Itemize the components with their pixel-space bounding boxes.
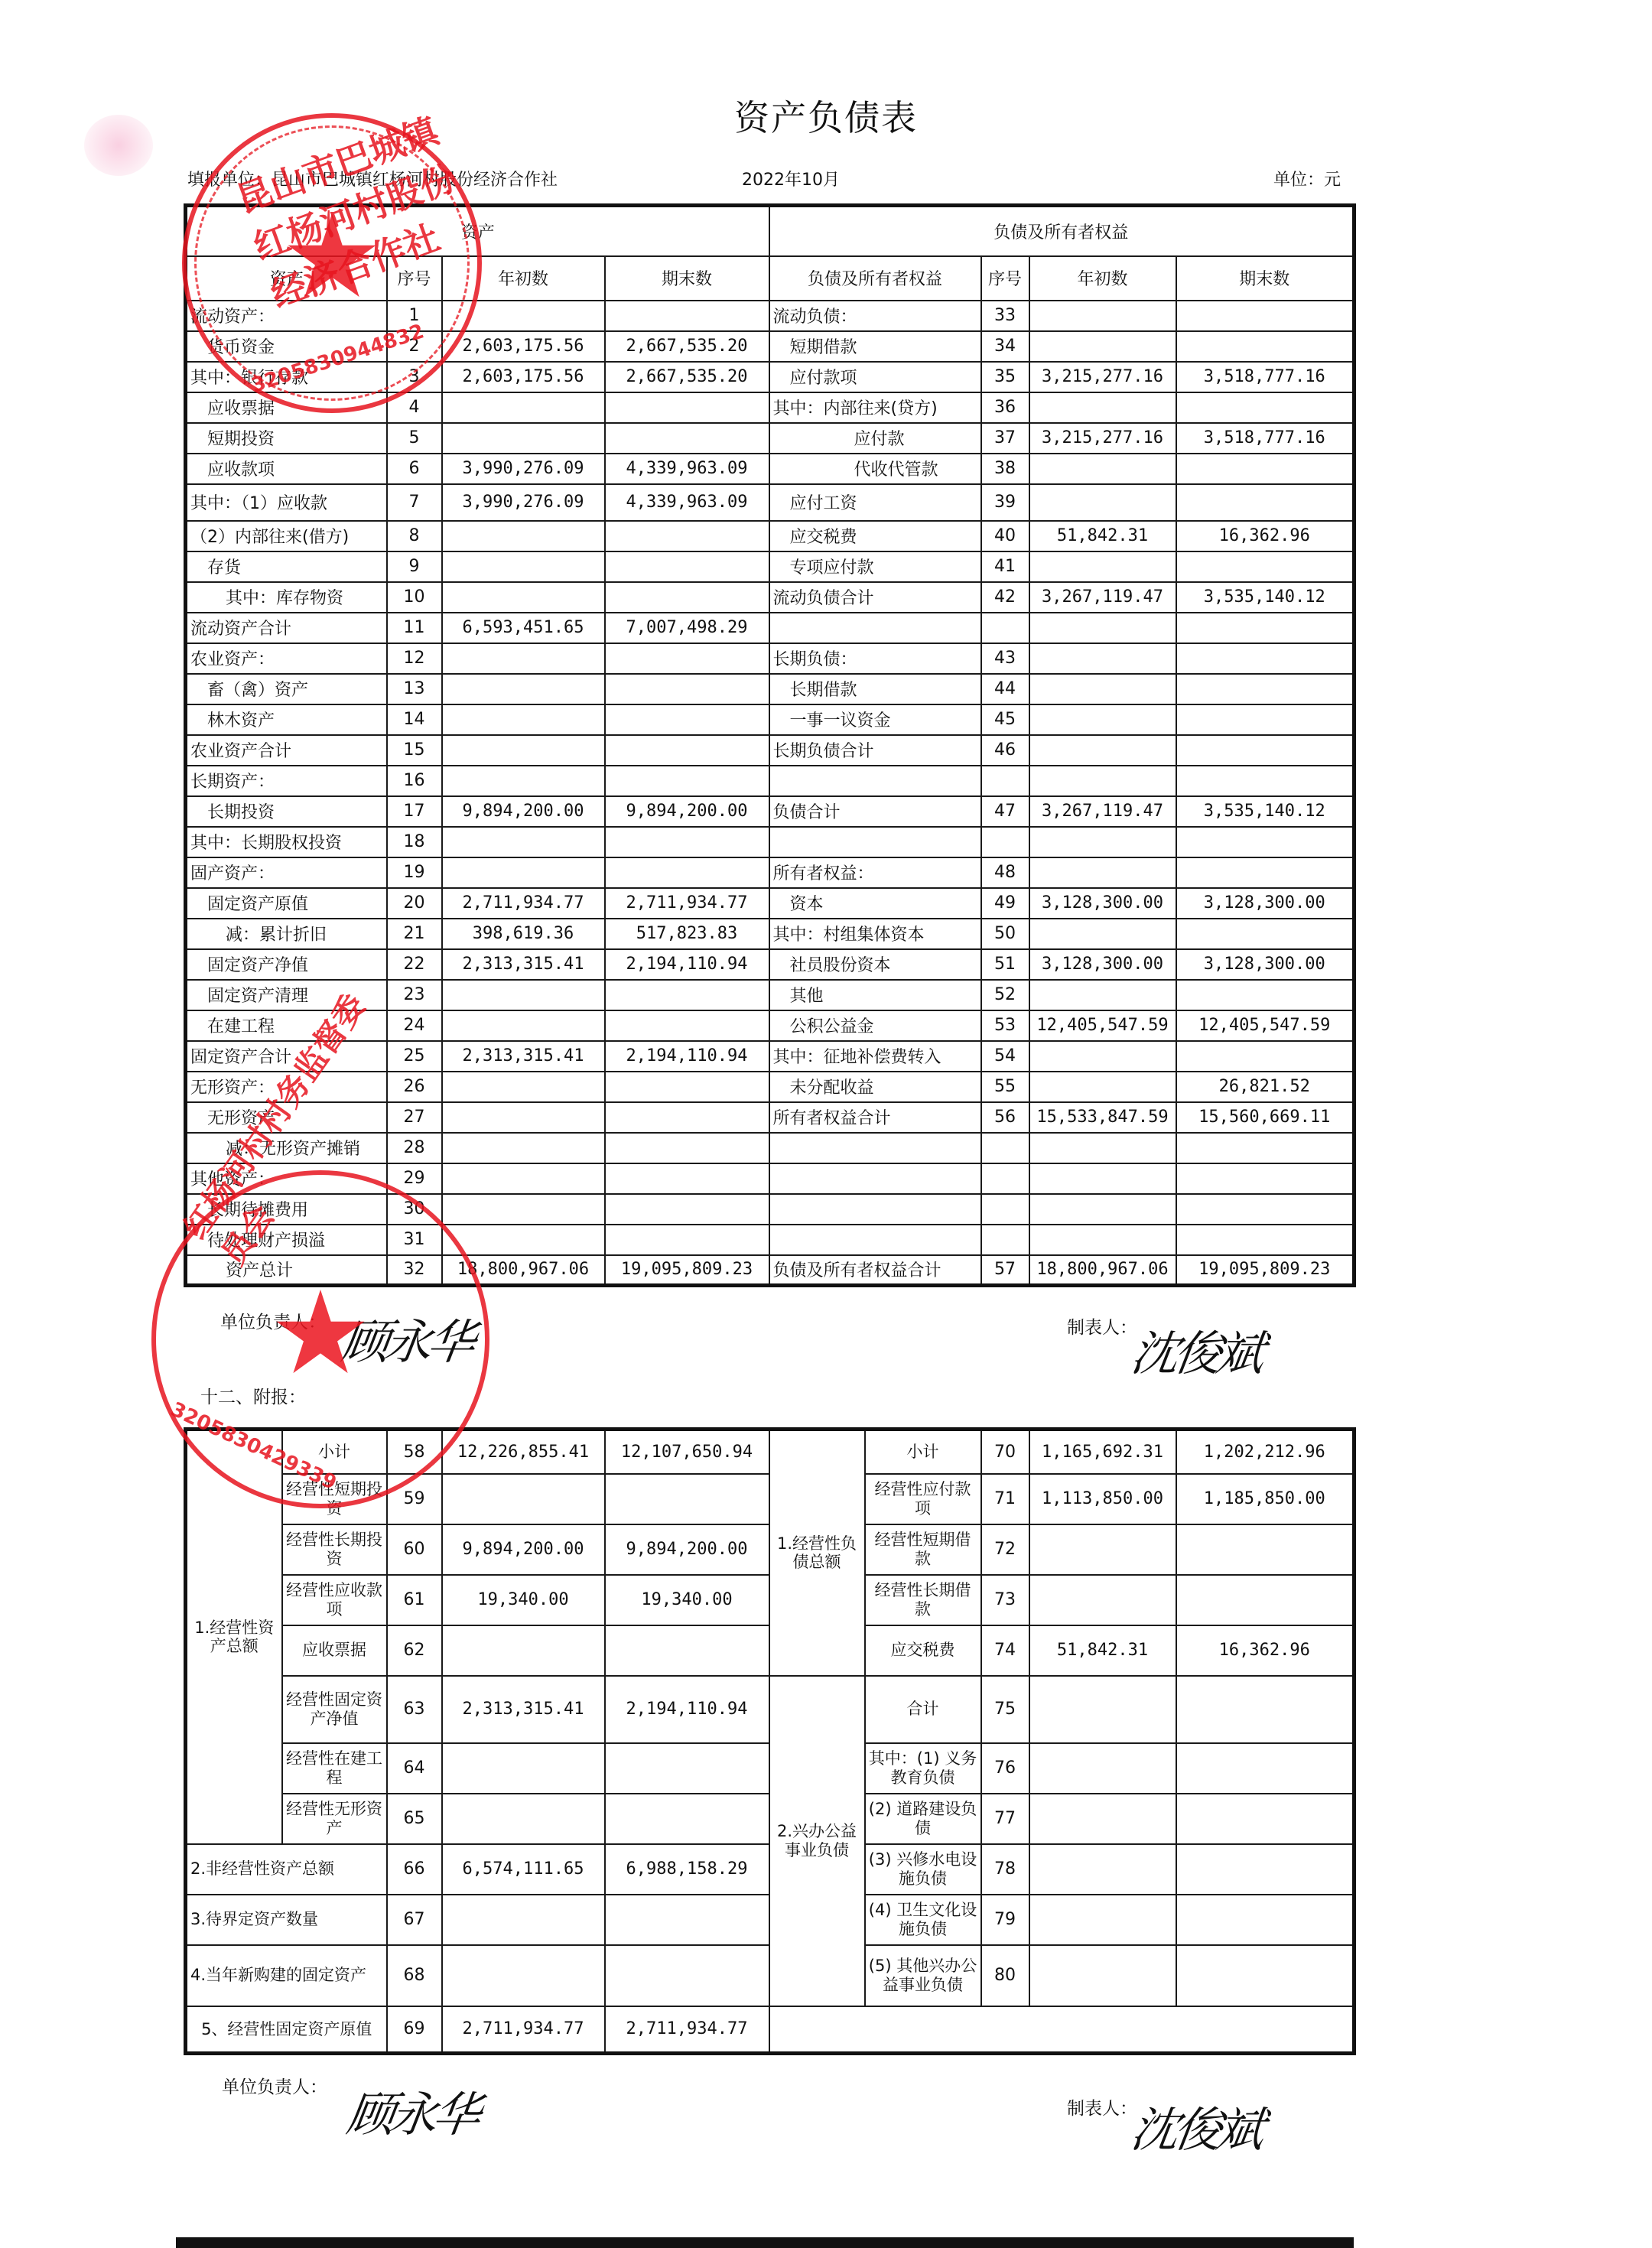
seq: 7 <box>387 484 442 521</box>
seq: 28 <box>387 1133 442 1163</box>
liability-item <box>769 827 981 857</box>
seq: 47 <box>981 796 1029 827</box>
begin-value: 3,267,119.47 <box>1029 796 1176 827</box>
liability-item: 其中：村组集体资本 <box>769 919 981 949</box>
appendix-item: 经营性短期投资 <box>282 1474 387 1524</box>
end-value: 3,518,777.16 <box>1176 423 1354 454</box>
seq: 49 <box>981 888 1029 919</box>
seq: 65 <box>387 1794 442 1844</box>
seq: 43 <box>981 643 1029 674</box>
asset-item: 无形资产 <box>186 1102 387 1133</box>
report-period: 2022年10月 <box>742 167 840 190</box>
liability-item <box>769 1133 981 1163</box>
asset-item: 固定资产净值 <box>186 949 387 980</box>
liability-item: 流动负债： <box>769 301 981 331</box>
table-row: 资产总计3218,800,967.0619,095,809.23负债及所有者权益… <box>186 1255 1354 1286</box>
seq: 17 <box>387 796 442 827</box>
appendix-item: 3.待界定资产数量 <box>186 1895 387 1945</box>
end-value: 1,202,212.96 <box>1176 1430 1354 1474</box>
end-value <box>1176 331 1354 362</box>
principal-label-bottom: 单位负责人： <box>222 2073 327 2098</box>
preparer-label: 制表人： <box>1067 1313 1137 1339</box>
end-value <box>1176 1895 1354 1945</box>
appendix-item: 小计 <box>865 1430 981 1474</box>
begin-value <box>1029 1041 1176 1072</box>
appendix-item: (4) 卫生文化设施负债 <box>865 1895 981 1945</box>
seq: 62 <box>387 1625 442 1676</box>
appendix-item: 应收票据 <box>282 1625 387 1676</box>
liability-item: 负债及所有者权益合计 <box>769 1255 981 1286</box>
begin-value <box>1029 1945 1176 2006</box>
appendix-item: 5、经营性固定资产原值 <box>186 2006 387 2054</box>
seq: 57 <box>981 1255 1029 1286</box>
seq: 56 <box>981 1102 1029 1133</box>
seq: 4 <box>387 392 442 423</box>
liability-item: 其中：内部往来(贷方) <box>769 392 981 423</box>
end-value: 4,339,963.09 <box>605 484 769 521</box>
end-value <box>1176 1163 1354 1194</box>
end-value <box>605 423 769 454</box>
begin-value: 398,619.36 <box>442 919 605 949</box>
table-row: 农业资产：12长期负债：43 <box>186 643 1354 674</box>
end-value: 12,405,547.59 <box>1176 1010 1354 1041</box>
begin-value <box>442 857 605 888</box>
begin-value <box>1029 1743 1176 1794</box>
seq: 35 <box>981 362 1029 392</box>
begin-value <box>1029 980 1176 1010</box>
begin-value: 19,340.00 <box>442 1575 605 1625</box>
begin-value: 15,533,847.59 <box>1029 1102 1176 1133</box>
asset-item: 固定资产清理 <box>186 980 387 1010</box>
begin-value <box>442 735 605 766</box>
end-value <box>605 1010 769 1041</box>
begin-value <box>442 1794 605 1844</box>
begin-value: 2,711,934.77 <box>442 888 605 919</box>
table-row: 流动资产合计116,593,451.657,007,498.29 <box>186 613 1354 643</box>
end-value: 6,988,158.29 <box>605 1844 769 1895</box>
begin-value <box>442 301 605 331</box>
end-value: 12,107,650.94 <box>605 1430 769 1474</box>
liability-item: 短期借款 <box>769 331 981 362</box>
asset-item: 应收款项 <box>186 454 387 484</box>
begin-value <box>442 1225 605 1255</box>
asset-item: 应收票据 <box>186 392 387 423</box>
preparer-signature-bottom: 沈俊斌 <box>1127 2092 1266 2160</box>
table-row: 固产资产：19所有者权益：48 <box>186 857 1354 888</box>
appendix-item: 应交税费 <box>865 1625 981 1676</box>
begin-value <box>442 392 605 423</box>
end-value <box>1176 1524 1354 1575</box>
end-value <box>605 551 769 582</box>
asset-item: 长期资产： <box>186 766 387 796</box>
begin-value: 12,226,855.41 <box>442 1430 605 1474</box>
begin-value: 3,215,277.16 <box>1029 362 1176 392</box>
asset-item: 其他资产： <box>186 1163 387 1194</box>
appendix-item: 其中：(1) 义务教育负债 <box>865 1743 981 1794</box>
end-value <box>1176 392 1354 423</box>
appendix-item: 经营性应付款项 <box>865 1474 981 1524</box>
seq: 36 <box>981 392 1029 423</box>
end-value <box>605 521 769 551</box>
begin-value <box>442 643 605 674</box>
begin-value <box>1029 301 1176 331</box>
end-value: 3,128,300.00 <box>1176 949 1354 980</box>
seq: 72 <box>981 1524 1029 1575</box>
seq: 76 <box>981 1743 1029 1794</box>
seq: 26 <box>387 1072 442 1102</box>
liability-item <box>769 1163 981 1194</box>
seq: 53 <box>981 1010 1029 1041</box>
seq: 64 <box>387 1743 442 1794</box>
end-value <box>605 1794 769 1844</box>
seq <box>981 1133 1029 1163</box>
begin-value <box>1029 1575 1176 1625</box>
appendix-item: 经营性固定资产净值 <box>282 1676 387 1743</box>
end-value <box>605 392 769 423</box>
table-row: 林木资产14一事一议资金45 <box>186 704 1354 735</box>
liability-item: 流动负债合计 <box>769 582 981 613</box>
col-seq: 序号 <box>387 256 442 301</box>
appendix-item: (5) 其他兴办公益事业负债 <box>865 1945 981 2006</box>
begin-value: 1,113,850.00 <box>1029 1474 1176 1524</box>
end-value: 26,821.52 <box>1176 1072 1354 1102</box>
end-value: 9,894,200.00 <box>605 1524 769 1575</box>
seq: 61 <box>387 1575 442 1625</box>
end-value: 2,711,934.77 <box>605 888 769 919</box>
end-value <box>605 857 769 888</box>
table-row: 在建工程24公积公益金5312,405,547.5912,405,547.59 <box>186 1010 1354 1041</box>
seq: 66 <box>387 1844 442 1895</box>
begin-value: 18,800,967.06 <box>442 1255 605 1286</box>
end-value <box>1176 1041 1354 1072</box>
begin-value: 9,894,200.00 <box>442 1524 605 1575</box>
begin-value <box>442 1133 605 1163</box>
seq: 24 <box>387 1010 442 1041</box>
end-value <box>1176 551 1354 582</box>
table-row: 畜（禽）资产13长期借款44 <box>186 674 1354 704</box>
seq: 55 <box>981 1072 1029 1102</box>
begin-value: 2,603,175.56 <box>442 331 605 362</box>
end-value <box>605 643 769 674</box>
begin-value: 9,894,200.00 <box>442 796 605 827</box>
seq <box>981 827 1029 857</box>
begin-value: 3,215,277.16 <box>1029 423 1176 454</box>
principal-signature-bottom: 顾永华 <box>343 2077 482 2145</box>
asset-item: 货币资金 <box>186 331 387 362</box>
begin-value <box>1029 1524 1176 1575</box>
asset-item: 在建工程 <box>186 1010 387 1041</box>
seq: 9 <box>387 551 442 582</box>
table-row: 应收票据4其中：内部往来(贷方)36 <box>186 392 1354 423</box>
end-value <box>605 1072 769 1102</box>
table-row: 固定资产清理23其他52 <box>186 980 1354 1010</box>
begin-value <box>1029 704 1176 735</box>
liability-item: 应交税费 <box>769 521 981 551</box>
end-value: 16,362.96 <box>1176 1625 1354 1676</box>
seq: 41 <box>981 551 1029 582</box>
asset-item: 资产总计 <box>186 1255 387 1286</box>
end-value <box>605 582 769 613</box>
table-row: 其他资产：29 <box>186 1163 1354 1194</box>
begin-value: 6,593,451.65 <box>442 613 605 643</box>
page-title: 资产负债表 <box>0 90 1652 141</box>
asset-item: 其中：长期股权投资 <box>186 827 387 857</box>
seq: 51 <box>981 949 1029 980</box>
liability-item: 所有者权益： <box>769 857 981 888</box>
seq: 48 <box>981 857 1029 888</box>
liability-item: 专项应付款 <box>769 551 981 582</box>
table-row: 短期投资5应付款373,215,277.163,518,777.16 <box>186 423 1354 454</box>
begin-value <box>442 551 605 582</box>
liability-item: 未分配收益 <box>769 1072 981 1102</box>
seq: 73 <box>981 1575 1029 1625</box>
end-value: 19,095,809.23 <box>605 1255 769 1286</box>
table-row: 1.经营性资产总额小计5812,226,855.4112,107,650.941… <box>186 1430 1354 1474</box>
appendix-item: 经营性长期借款 <box>865 1575 981 1625</box>
seq: 68 <box>387 1945 442 2006</box>
asset-item: 流动资产： <box>186 301 387 331</box>
begin-value: 3,128,300.00 <box>1029 888 1176 919</box>
end-value <box>1176 454 1354 484</box>
begin-value <box>1029 1163 1176 1194</box>
begin-value <box>442 521 605 551</box>
end-value <box>605 827 769 857</box>
asset-item: 固定资产原值 <box>186 888 387 919</box>
seq: 63 <box>387 1676 442 1743</box>
seq: 80 <box>981 1945 1029 2006</box>
scan-edge <box>176 2237 1354 2248</box>
begin-value <box>1029 1844 1176 1895</box>
appendix-item: 经营性长期投资 <box>282 1524 387 1575</box>
seq: 79 <box>981 1895 1029 1945</box>
seq: 67 <box>387 1895 442 1945</box>
seq: 25 <box>387 1041 442 1072</box>
table-row: 流动资产：1流动负债：33 <box>186 301 1354 331</box>
asset-item: 流动资产合计 <box>186 613 387 643</box>
liability-item: 应付款 <box>769 423 981 454</box>
seq: 14 <box>387 704 442 735</box>
begin-value <box>442 582 605 613</box>
liability-item <box>769 1194 981 1225</box>
end-value <box>605 674 769 704</box>
liability-item: 负债合计 <box>769 796 981 827</box>
begin-value <box>1029 1794 1176 1844</box>
begin-value: 1,165,692.31 <box>1029 1430 1176 1474</box>
begin-value: 6,574,111.65 <box>442 1844 605 1895</box>
public-liab-group: 2.兴办公益事业负债 <box>769 1676 865 2006</box>
end-value <box>1176 704 1354 735</box>
end-value <box>605 980 769 1010</box>
seq: 60 <box>387 1524 442 1575</box>
end-value <box>1176 1133 1354 1163</box>
begin-value: 2,313,315.41 <box>442 1676 605 1743</box>
end-value <box>605 1895 769 1945</box>
seq: 54 <box>981 1041 1029 1072</box>
end-value <box>605 1474 769 1524</box>
seq <box>981 613 1029 643</box>
table-row: 农业资产合计15长期负债合计46 <box>186 735 1354 766</box>
begin-value: 18,800,967.06 <box>1029 1255 1176 1286</box>
end-value: 1,185,850.00 <box>1176 1474 1354 1524</box>
asset-item: 存货 <box>186 551 387 582</box>
end-value <box>605 1945 769 2006</box>
seq: 29 <box>387 1163 442 1194</box>
end-value <box>605 1163 769 1194</box>
col-begin: 年初数 <box>442 256 605 301</box>
liability-item: 其中：征地补偿费转入 <box>769 1041 981 1072</box>
currency-unit: 单位：元 <box>1273 167 1341 190</box>
table-row: 待处理财产损溢31 <box>186 1225 1354 1255</box>
begin-value <box>442 827 605 857</box>
end-value <box>1176 643 1354 674</box>
end-value <box>1176 674 1354 704</box>
table-row: 固定资产净值222,313,315.412,194,110.94社员股份资本51… <box>186 949 1354 980</box>
end-value: 2,711,934.77 <box>605 2006 769 2054</box>
seq: 69 <box>387 2006 442 2054</box>
end-value <box>605 1225 769 1255</box>
asset-item: 固定资产合计 <box>186 1041 387 1072</box>
seq: 15 <box>387 735 442 766</box>
seq: 75 <box>981 1676 1029 1743</box>
end-value <box>1176 1194 1354 1225</box>
seq: 13 <box>387 674 442 704</box>
begin-value: 2,711,934.77 <box>442 2006 605 2054</box>
seq: 20 <box>387 888 442 919</box>
appendix-table: 1.经营性资产总额小计5812,226,855.4112,107,650.941… <box>184 1427 1356 2055</box>
begin-value <box>442 1895 605 1945</box>
begin-value <box>1029 613 1176 643</box>
seq: 77 <box>981 1794 1029 1844</box>
end-value <box>1176 735 1354 766</box>
asset-item: 待处理财产损溢 <box>186 1225 387 1255</box>
operating-assets-group: 1.经营性资产总额 <box>186 1430 282 1844</box>
liabilities-section-header: 负债及所有者权益 <box>769 206 1354 256</box>
begin-value <box>442 423 605 454</box>
seq: 19 <box>387 857 442 888</box>
asset-item: 无形资产： <box>186 1072 387 1102</box>
seq: 3 <box>387 362 442 392</box>
end-value <box>605 1743 769 1794</box>
end-value: 19,340.00 <box>605 1575 769 1625</box>
table-row: 其中：库存物资10流动负债合计423,267,119.473,535,140.1… <box>186 582 1354 613</box>
principal-signature: 顾永华 <box>338 1304 476 1372</box>
seq: 32 <box>387 1255 442 1286</box>
appendix-item: 经营性短期借款 <box>865 1524 981 1575</box>
table-row: 5、经营性固定资产原值692,711,934.772,711,934.77 <box>186 2006 1354 2054</box>
end-value <box>1176 1794 1354 1844</box>
end-value <box>1176 980 1354 1010</box>
begin-value <box>442 1163 605 1194</box>
begin-value <box>442 704 605 735</box>
seq: 10 <box>387 582 442 613</box>
seq: 2 <box>387 331 442 362</box>
begin-value <box>442 1194 605 1225</box>
table-row: 存货9专项应付款41 <box>186 551 1354 582</box>
end-value <box>605 1194 769 1225</box>
asset-item: 农业资产合计 <box>186 735 387 766</box>
end-value <box>1176 857 1354 888</box>
begin-value: 2,603,175.56 <box>442 362 605 392</box>
col-asset-item: 资产 <box>186 256 387 301</box>
end-value: 3,128,300.00 <box>1176 888 1354 919</box>
asset-item: 其中：（1）应收款 <box>186 484 387 521</box>
asset-item: 减：无形资产摊销 <box>186 1133 387 1163</box>
begin-value <box>1029 1225 1176 1255</box>
begin-value <box>442 1072 605 1102</box>
appendix-item: 合计 <box>865 1676 981 1743</box>
table-row: 经营性固定资产净值632,313,315.412,194,110.942.兴办公… <box>186 1676 1354 1743</box>
appendix-item: (2) 道路建设负债 <box>865 1794 981 1844</box>
seq: 1 <box>387 301 442 331</box>
begin-value <box>1029 643 1176 674</box>
begin-value <box>1029 454 1176 484</box>
liability-item: 资本 <box>769 888 981 919</box>
begin-value: 3,128,300.00 <box>1029 949 1176 980</box>
operating-liab-group: 1.经营性负债总额 <box>769 1430 865 1676</box>
table-row: 无形资产：26未分配收益5526,821.52 <box>186 1072 1354 1102</box>
begin-value <box>442 1743 605 1794</box>
end-value <box>1176 766 1354 796</box>
begin-value: 51,842.31 <box>1029 1625 1176 1676</box>
table-row: 长期投资179,894,200.009,894,200.00负债合计473,26… <box>186 796 1354 827</box>
seq: 21 <box>387 919 442 949</box>
begin-value <box>442 1945 605 2006</box>
begin-value <box>1029 735 1176 766</box>
seq: 74 <box>981 1625 1029 1676</box>
table-row: 货币资金22,603,175.562,667,535.20短期借款34 <box>186 331 1354 362</box>
begin-value: 12,405,547.59 <box>1029 1010 1176 1041</box>
seq: 40 <box>981 521 1029 551</box>
col-seq: 序号 <box>981 256 1029 301</box>
begin-value <box>1029 766 1176 796</box>
begin-value <box>1029 331 1176 362</box>
seq: 31 <box>387 1225 442 1255</box>
end-value: 9,894,200.00 <box>605 796 769 827</box>
appendix-title: 十二、附报： <box>200 1383 306 1408</box>
table-row: 应收款项63,990,276.094,339,963.09代收代管款38 <box>186 454 1354 484</box>
asset-item: 林木资产 <box>186 704 387 735</box>
begin-value <box>1029 857 1176 888</box>
begin-value <box>1029 674 1176 704</box>
end-value: 7,007,498.29 <box>605 613 769 643</box>
empty-cell <box>769 2006 1354 2054</box>
table-row: 固定资产原值202,711,934.772,711,934.77资本493,12… <box>186 888 1354 919</box>
end-value <box>605 1102 769 1133</box>
principal-label: 单位负责人： <box>220 1308 326 1333</box>
seq: 22 <box>387 949 442 980</box>
col-end: 期末数 <box>1176 256 1354 301</box>
end-value: 2,667,535.20 <box>605 362 769 392</box>
asset-item: 农业资产： <box>186 643 387 674</box>
seq: 27 <box>387 1102 442 1133</box>
begin-value: 3,990,276.09 <box>442 454 605 484</box>
end-value <box>1176 1945 1354 2006</box>
begin-value: 51,842.31 <box>1029 521 1176 551</box>
end-value: 2,667,535.20 <box>605 331 769 362</box>
asset-item: 减：累计折旧 <box>186 919 387 949</box>
seq <box>981 766 1029 796</box>
asset-item: 其中：库存物资 <box>186 582 387 613</box>
liability-item <box>769 613 981 643</box>
seq: 34 <box>981 331 1029 362</box>
end-value: 19,095,809.23 <box>1176 1255 1354 1286</box>
seq <box>981 1194 1029 1225</box>
end-value <box>605 735 769 766</box>
end-value: 517,823.83 <box>605 919 769 949</box>
preparer-label-bottom: 制表人： <box>1067 2094 1137 2119</box>
appendix-item: 经营性无形资产 <box>282 1794 387 1844</box>
appendix-item: 经营性在建工程 <box>282 1743 387 1794</box>
